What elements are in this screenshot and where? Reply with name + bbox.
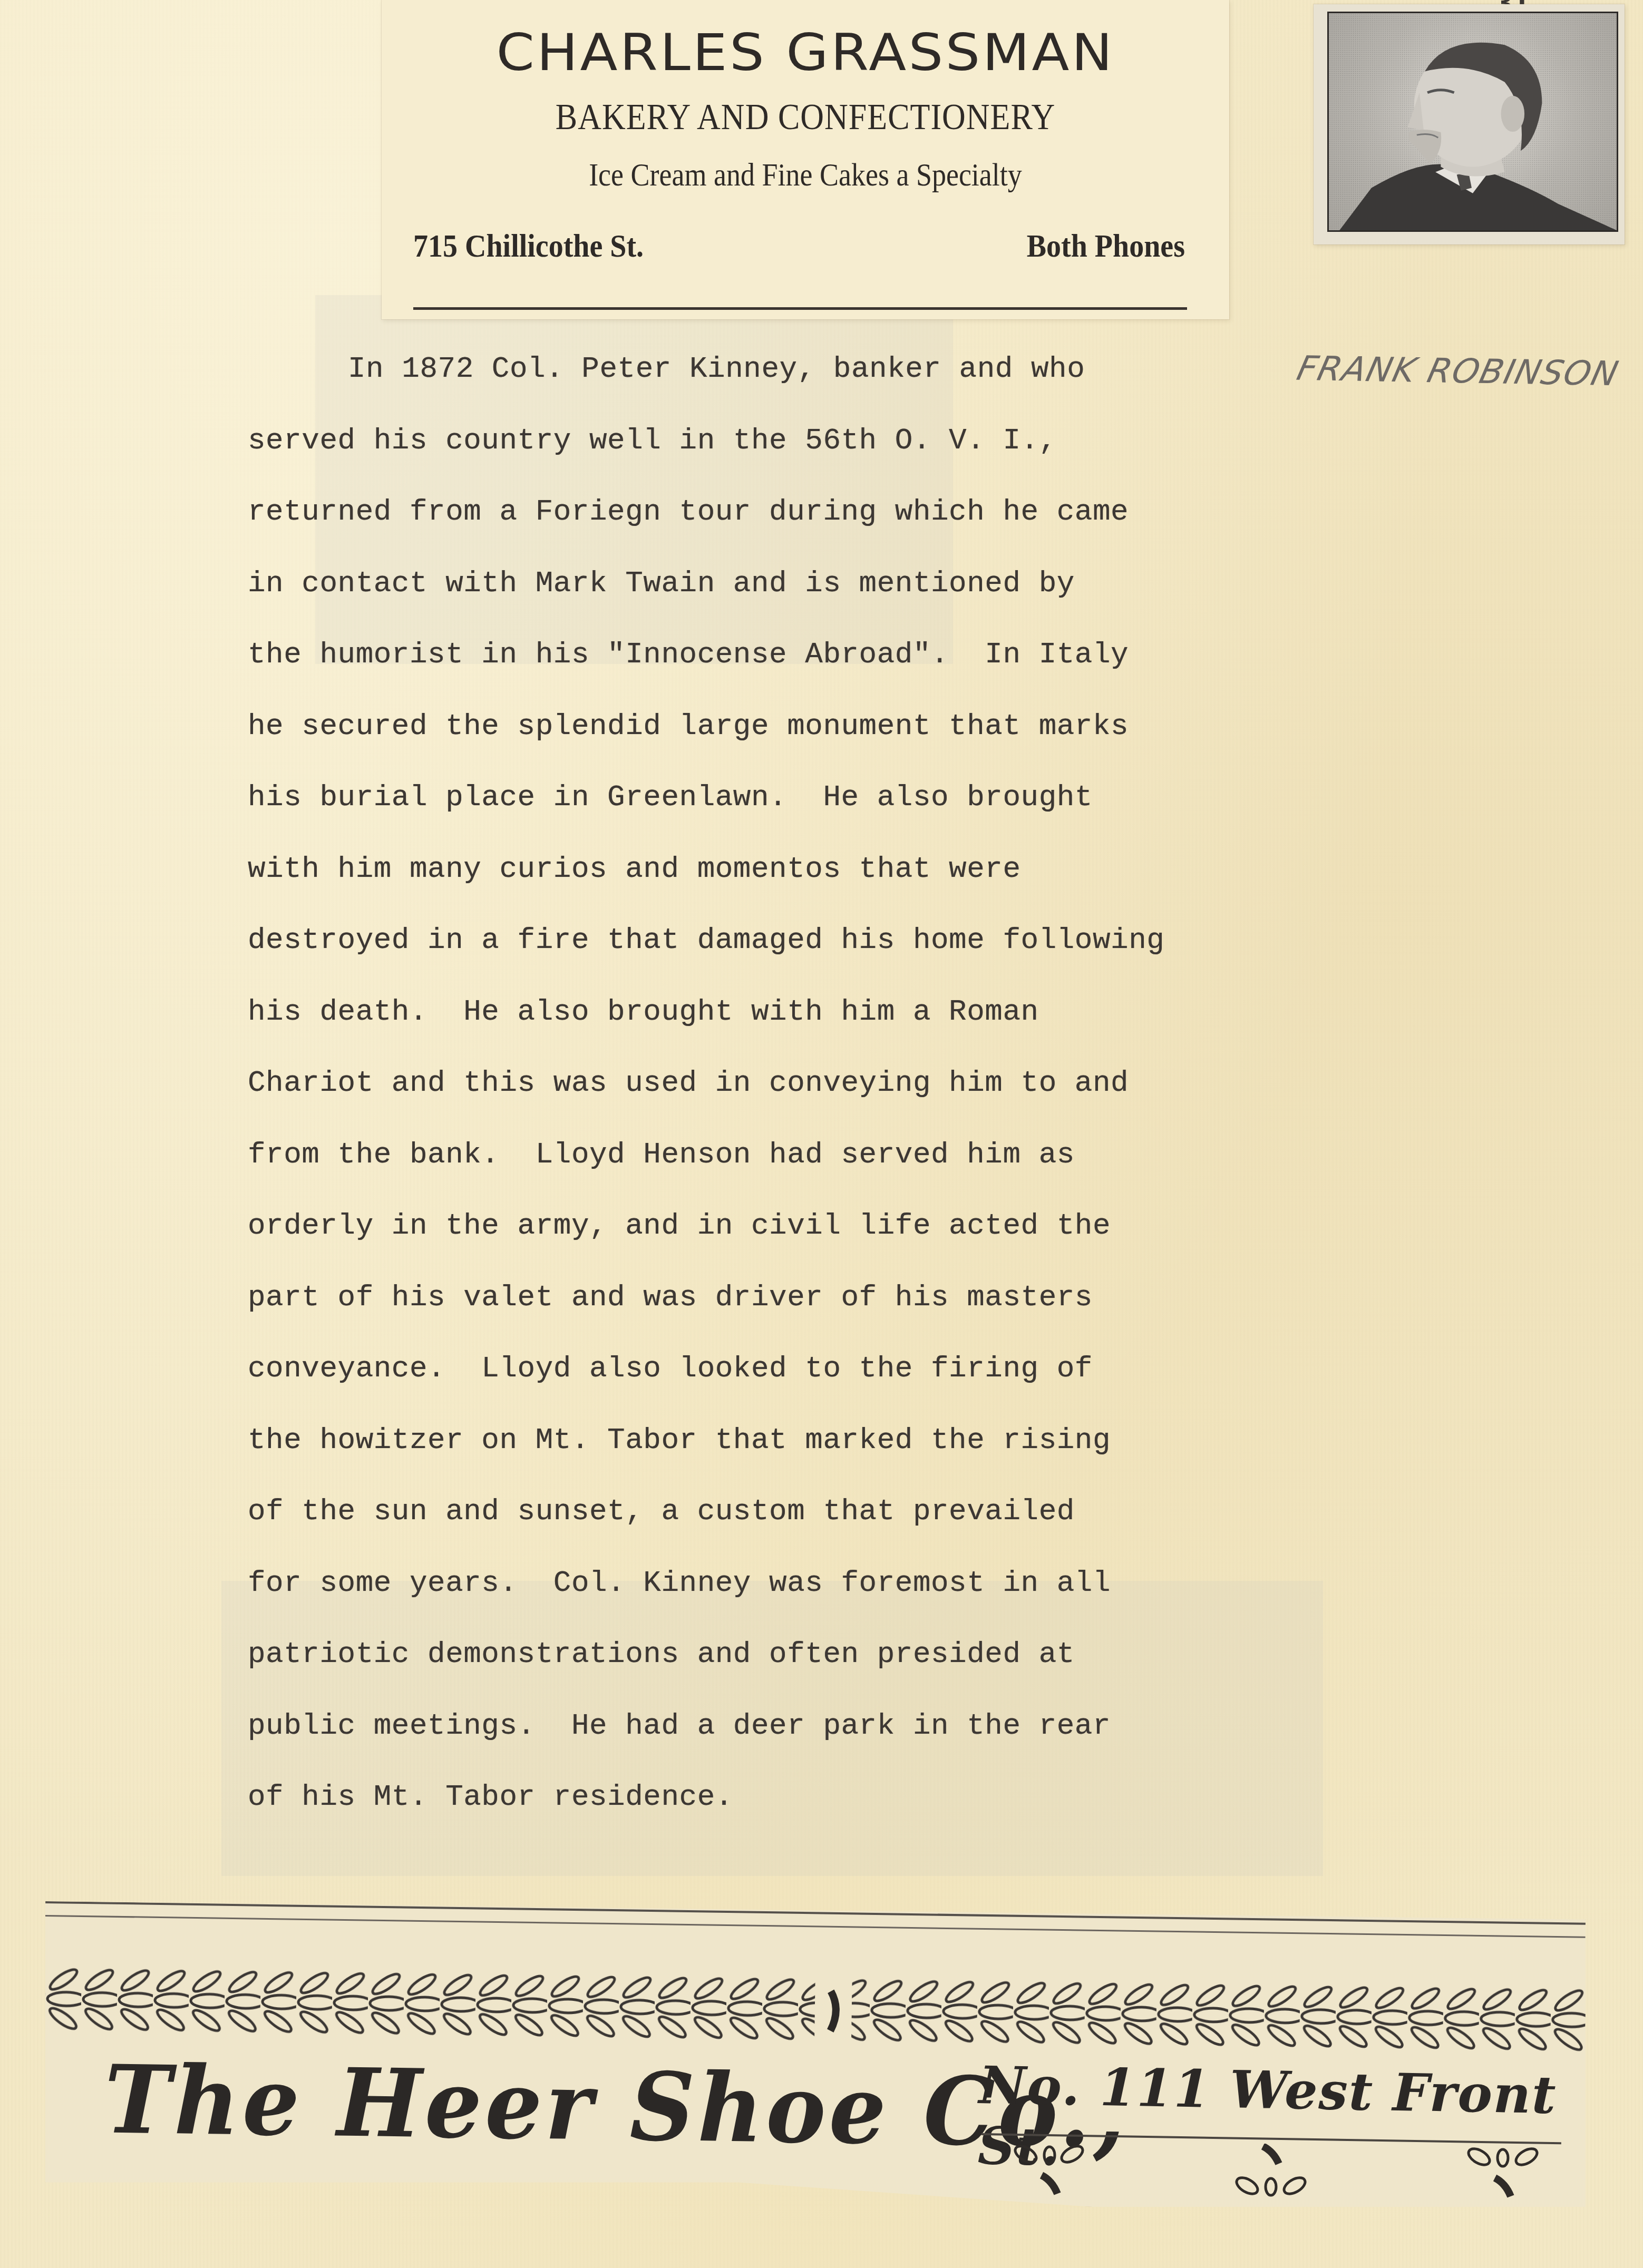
bakery-subtitle: BAKERY AND CONFECTIONERY: [382, 97, 1229, 139]
shoe-company-name: The Heer Shoe Co.,: [104, 2044, 1129, 2169]
text-line: Chariot and this was used in conveying h…: [248, 1066, 1365, 1138]
bakery-name: CHARLES GRASSMAN: [348, 23, 1263, 82]
text-line: his burial place in Greenlawn. He also b…: [248, 780, 1365, 852]
text-line: from the bank. Lloyd Henson had served h…: [248, 1138, 1365, 1209]
typed-paragraph: In 1872 Col. Peter Kinney, banker and wh…: [248, 352, 1365, 1852]
text-line: the howitzer on Mt. Tabor that marked th…: [248, 1423, 1365, 1495]
portrait-photo-icon: [1327, 12, 1618, 232]
text-line: the humorist in his "Innocense Abroad". …: [248, 638, 1365, 709]
text-line: of his Mt. Tabor residence.: [248, 1780, 1365, 1852]
text-line: with him many curios and momentos that w…: [248, 852, 1365, 924]
text-line: returned from a Foriegn tour during whic…: [248, 495, 1365, 566]
bakery-phone: Both Phones: [1027, 228, 1185, 265]
text-line: patriotic demonstrations and often presi…: [248, 1637, 1365, 1709]
bakery-address: 715 Chillicothe St.: [413, 228, 644, 265]
bakery-tagline: Ice Cream and Fine Cakes a Specialty: [382, 155, 1229, 193]
text-line: part of his valet and was driver of his …: [248, 1280, 1365, 1352]
text-line: destroyed in a fire that damaged his hom…: [248, 923, 1365, 995]
text-line: In 1872 Col. Peter Kinney, banker and wh…: [248, 352, 1365, 424]
portrait-clipping: [1314, 4, 1625, 245]
text-line: public meetings. He had a deer park in t…: [248, 1709, 1365, 1781]
text-line: he secured the splendid large monument t…: [248, 709, 1365, 781]
divider: [45, 1901, 1586, 1938]
text-line: in contact with Mark Twain and is mentio…: [248, 566, 1365, 638]
scrapbook-page: 31 CHARLES GRASSMAN BAKERY AND CONFECTIO…: [0, 0, 1643, 2268]
text-line: for some years. Col. Kinney was foremost…: [248, 1566, 1365, 1638]
bakery-ad-clipping: CHARLES GRASSMAN BAKERY AND CONFECTIONER…: [382, 0, 1229, 319]
divider: [413, 307, 1187, 310]
flourish-ornament-icon: [1010, 2144, 1558, 2202]
text-line: of the sun and sunset, a custom that pre…: [248, 1494, 1365, 1566]
laurel-border-icon: [45, 1959, 1586, 2060]
text-line: his death. He also brought with him a Ro…: [248, 995, 1365, 1067]
shoe-ad-clipping: The Heer Shoe Co., No. 111 West Front St…: [45, 1901, 1586, 2207]
text-line: served his country well in the 56th O. V…: [248, 424, 1365, 495]
text-line: conveyance. Lloyd also looked to the fir…: [248, 1352, 1365, 1423]
text-line: orderly in the army, and in civil life a…: [248, 1209, 1365, 1280]
